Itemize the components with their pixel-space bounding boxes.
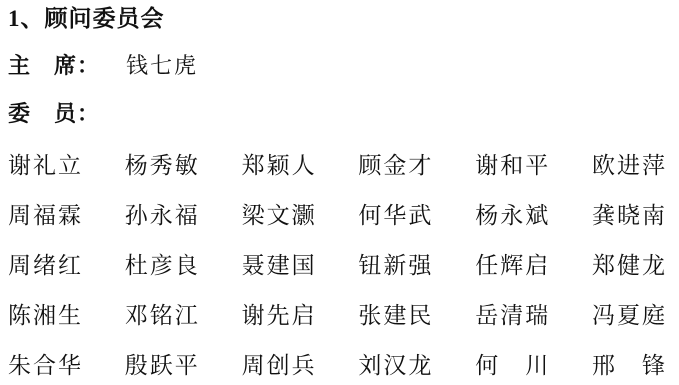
member-name: 任辉启 — [475, 253, 550, 279]
members-row: 周绪红 杜彦良 聂建国 钮新强 任辉启 郑健龙 — [8, 253, 667, 279]
member-name: 陈湘生 — [8, 303, 83, 329]
member-name: 欧进萍 — [592, 153, 667, 179]
chairman-name: 钱七虎 — [126, 53, 198, 78]
member-name: 郑健龙 — [592, 253, 667, 279]
member-name: 周绪红 — [8, 253, 83, 279]
members-row: 周福霖 孙永福 梁文灏 何华武 杨永斌 龚晓南 — [8, 203, 667, 229]
member-name: 何华武 — [358, 203, 433, 229]
member-name: 岳清瑞 — [475, 303, 550, 329]
member-name: 谢礼立 — [8, 153, 83, 179]
member-name: 孙永福 — [125, 203, 200, 229]
member-name: 邓铭江 — [125, 303, 200, 329]
member-name: 冯夏庭 — [592, 303, 667, 329]
member-name: 顾金才 — [358, 153, 433, 179]
members-label: 委 员： — [8, 101, 667, 127]
member-name: 聂建国 — [242, 253, 317, 279]
member-name: 谢和平 — [475, 153, 550, 179]
member-name: 谢先启 — [242, 303, 317, 329]
member-name: 杨秀敏 — [125, 153, 200, 179]
member-name: 周福霖 — [8, 203, 83, 229]
member-name: 杨永斌 — [475, 203, 550, 229]
member-name: 梁文灏 — [242, 203, 317, 229]
member-name: 郑颖人 — [242, 153, 317, 179]
member-name: 邢 锋 — [592, 353, 667, 379]
member-name: 周创兵 — [242, 353, 317, 379]
members-row: 谢礼立 杨秀敏 郑颖人 顾金才 谢和平 欧进萍 — [8, 153, 667, 179]
document-page: 1、顾问委员会 主 席：钱七虎 委 员： 谢礼立 杨秀敏 郑颖人 顾金才 谢和平… — [0, 0, 679, 385]
member-name: 张建民 — [358, 303, 433, 329]
member-name: 殷跃平 — [125, 353, 200, 379]
members-row: 朱合华 殷跃平 周创兵 刘汉龙 何 川 邢 锋 — [8, 353, 667, 379]
chairman-label: 主 席： — [8, 53, 100, 78]
member-name: 刘汉龙 — [358, 353, 433, 379]
chairman-line: 主 席：钱七虎 — [8, 53, 667, 79]
member-name: 杜彦良 — [125, 253, 200, 279]
section-title: 1、顾问委员会 — [8, 5, 667, 33]
members-grid: 谢礼立 杨秀敏 郑颖人 顾金才 谢和平 欧进萍 周福霖 孙永福 梁文灏 何华武 … — [8, 153, 667, 379]
member-name: 何 川 — [475, 353, 550, 379]
member-name: 朱合华 — [8, 353, 83, 379]
member-name: 龚晓南 — [592, 203, 667, 229]
member-name: 钮新强 — [358, 253, 433, 279]
members-row: 陈湘生 邓铭江 谢先启 张建民 岳清瑞 冯夏庭 — [8, 303, 667, 329]
